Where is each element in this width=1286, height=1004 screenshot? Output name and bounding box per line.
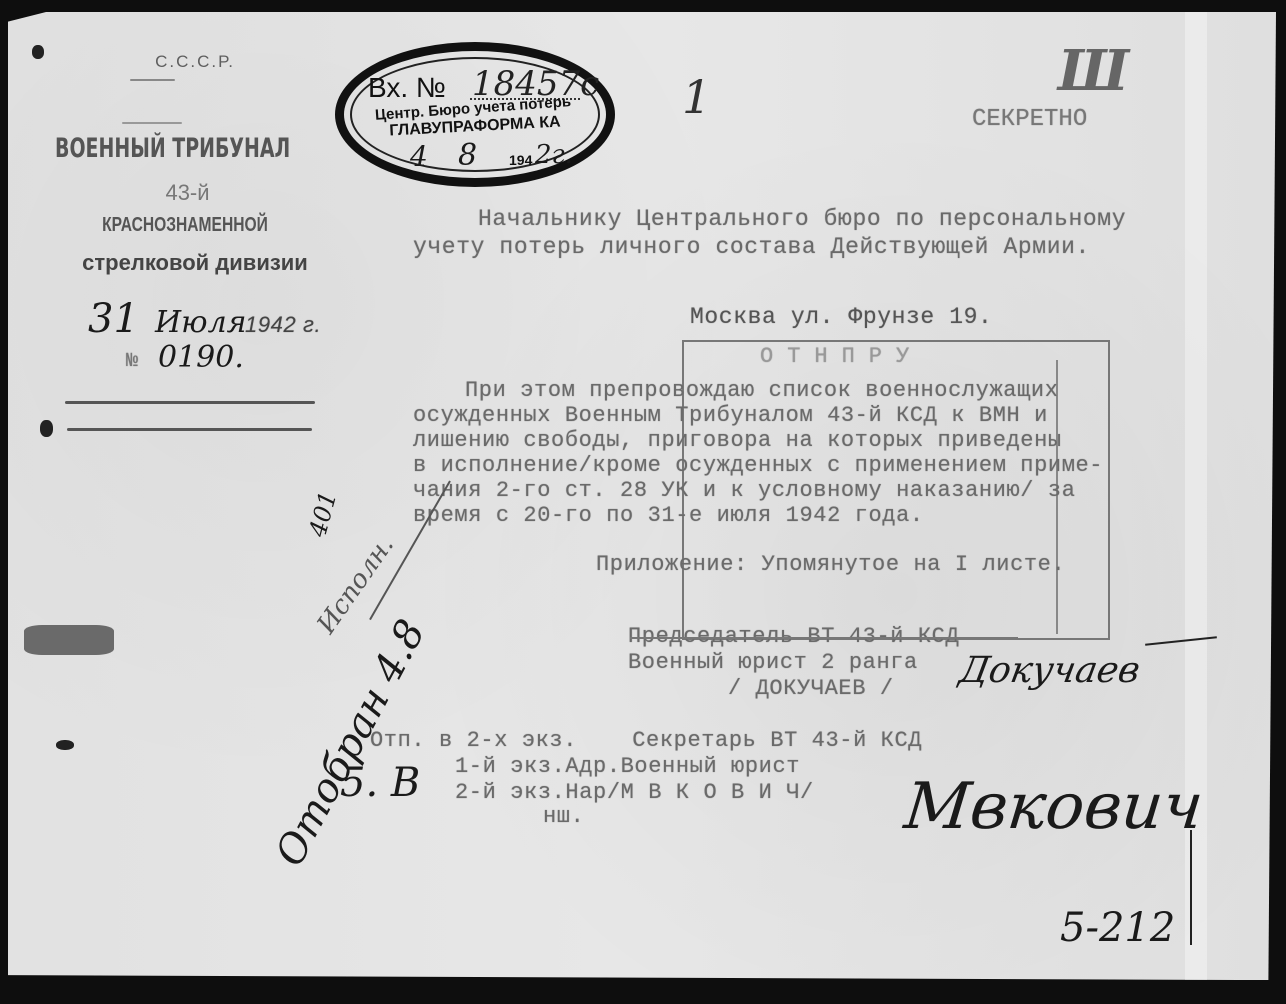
top-right-handwritten-mark: Ш <box>1058 38 1129 104</box>
strike-line <box>630 637 1018 639</box>
body-line: в исполнение/кроме осужденных с применен… <box>413 453 1103 478</box>
stain-mark <box>24 625 114 655</box>
letter-body: При этом препровождаю список военнослужа… <box>413 378 1103 528</box>
outgoing-date-month: Июля <box>155 305 247 340</box>
addressee-line2: учету потерь личного состава Действующей… <box>413 234 1090 260</box>
ink-blot <box>56 740 74 750</box>
classification-label: СЕКРЕТНО <box>972 106 1087 133</box>
secretary-signature: Мвкович <box>901 770 1207 844</box>
header-rule-2 <box>67 428 312 431</box>
body-line: лишению свободы, приговора на которых пр… <box>413 428 1103 453</box>
body-line: время с 20-го по 31-е июля 1942 года. <box>413 503 1103 528</box>
addressee-line1: Начальнику Центрального бюро по персонал… <box>478 206 1126 232</box>
incoming-stamp-year-prefix: 194 <box>509 152 532 168</box>
divider <box>122 122 182 124</box>
ink-blot <box>40 420 53 437</box>
archive-number-note: 5-212 <box>1060 905 1175 951</box>
rect-stamp-title: ОТНПРУ <box>760 344 923 369</box>
body-line: При этом препровождаю список военнослужа… <box>413 378 1103 403</box>
attachment-note: Приложение: Упомянутое на I листе. <box>596 552 1065 577</box>
sheet-number-mark: 1 <box>682 70 711 124</box>
country-label: С.С.С.Р. <box>120 52 270 72</box>
margin-note: 5. В <box>340 760 420 806</box>
org-name-line2: 43-й <box>55 180 320 206</box>
outgoing-number-label: № <box>126 350 139 373</box>
signer-name: / ДОКУЧАЕВ / <box>728 676 894 701</box>
ink-blot <box>32 45 44 59</box>
outgoing-date-day: 31 <box>88 296 139 342</box>
chairman-signature: Докучаев <box>956 650 1143 691</box>
signature-tail <box>1190 830 1192 945</box>
incoming-stamp-day: 4 <box>410 140 428 173</box>
org-name-line4: стрелковой дивизии <box>55 250 335 276</box>
incoming-stamp-year-suffix: 2г. <box>535 140 573 170</box>
outgoing-number-value: 0190. <box>158 340 244 375</box>
body-line: осужденных Военным Трибуналом 43-й КСД к… <box>413 403 1103 428</box>
outgoing-date-year: 1942 г. <box>245 312 321 338</box>
signer-rank: Военный юрист 2 ранга <box>628 650 918 675</box>
header-rule-1 <box>65 401 315 404</box>
copies-line3: 2-й экз.Нар/М В К О В И Ч/ <box>455 780 814 805</box>
copies-line2: 1-й экз.Адр.Военный юрист <box>455 754 800 779</box>
copies-line4: нш. <box>543 804 584 829</box>
incoming-stamp-month: 8 <box>458 138 477 173</box>
body-line: чания 2-го ст. 28 УК и к условному наказ… <box>413 478 1103 503</box>
divider <box>130 79 175 81</box>
org-name-line1: ВОЕННЫЙ ТРИБУНАЛ <box>55 133 262 164</box>
address-line: Москва ул. Фрунзе 19. <box>690 304 992 330</box>
copies-line1: Отп. в 2-х экз. Секретарь ВТ 43-й КСД <box>370 728 922 753</box>
org-name-line3: КРАСНОЗНАМЕННОЙ <box>72 214 298 237</box>
incoming-stamp-label: Вх. № <box>368 72 446 104</box>
